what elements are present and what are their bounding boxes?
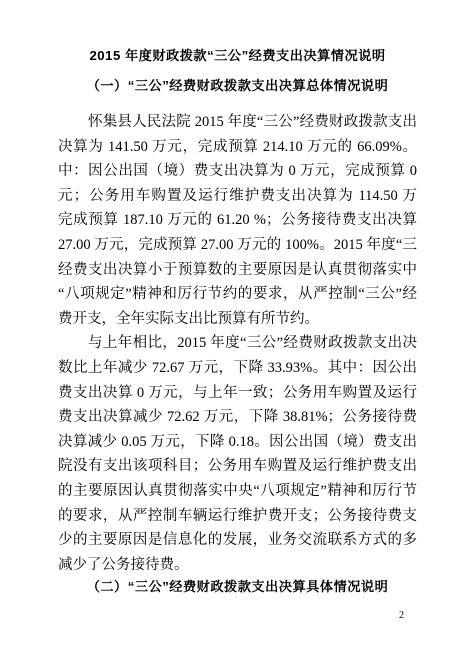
body-line: 的主要原因认真贯彻落实中央“八项规定”精神和厉行节约 bbox=[58, 479, 417, 504]
paragraph-1: 怀集县人民法院 2015 年度“三公”经费财政拨款支出 决算为 141.50 万… bbox=[58, 110, 417, 331]
body-line: 27.00 万元，完成预算 27.00 万元的 100%。2015 年度“三公” bbox=[58, 233, 417, 258]
body-line: 中：因公出国（境）费支出决算为 0 万元，完成预算 0 万 bbox=[58, 159, 417, 184]
body-line: 完成预算 187.10 万元的 61.20 %；公务接待费支出决算为 bbox=[58, 208, 417, 233]
body-line: 少的主要原因是信息化的发展，业务交流联系方式的多元化 bbox=[58, 528, 417, 553]
body-line: 院没有支出该项科目；公务用车购置及运行维护费支出减少 bbox=[58, 454, 417, 479]
body-line: 经费支出决算小于预算数的主要原因是认真贯彻落实中央 bbox=[58, 258, 417, 283]
document-title: 2015 年度财政拨款“三公”经费支出决算情况说明 bbox=[58, 46, 417, 65]
body-line: 怀集县人民法院 2015 年度“三公”经费财政拨款支出 bbox=[58, 110, 417, 135]
body-line: 费开支，全年实际支出比预算有所节约。 bbox=[58, 307, 417, 332]
body-line: 费支出决算 0 万元，与上年一致；公务用车购置及运行维护 bbox=[58, 381, 417, 406]
body-line: 元；公务用车购置及运行维护费支出决算为 114.50 万元， bbox=[58, 184, 417, 209]
body-line: 减少了公务接待费。 bbox=[58, 553, 417, 578]
page-number: 2 bbox=[399, 610, 404, 622]
document-content: 2015 年度财政拨款“三公”经费支出决算情况说明 （一）“三公”经费财政拨款支… bbox=[0, 0, 475, 596]
body-line: 决算减少 0.05 万元，下降 0.18。因公出国（境）费支出我 bbox=[58, 430, 417, 455]
body-line: “八项规定”精神和厉行节约的要求，从严控制“三公”经 bbox=[58, 282, 417, 307]
body-line: 的要求，从严控制车辆运行维护费开支；公务接待费支出减 bbox=[58, 504, 417, 529]
paragraph-2: 与上年相比，2015 年度“三公”经费财政拨款支出决算 数比上年减少 72.67… bbox=[58, 331, 417, 577]
body-line: 决算为 141.50 万元，完成预算 214.10 万元的 66.09%。其 bbox=[58, 135, 417, 160]
body-line: 费支出决算减少 72.62 万元，下降 38.81%；公务接待费支出 bbox=[58, 405, 417, 430]
section-heading-2: （二）“三公”经费财政拨款支出决算具体情况说明 bbox=[58, 577, 417, 596]
section-heading-1: （一）“三公”经费财政拨款支出决算总体情况说明 bbox=[58, 76, 417, 95]
document-page: 2015 年度财政拨款“三公”经费支出决算情况说明 （一）“三公”经费财政拨款支… bbox=[0, 0, 475, 663]
body-line: 数比上年减少 72.67 万元，下降 33.93%。其中：因公出国（境） bbox=[58, 356, 417, 381]
body-line: 与上年相比，2015 年度“三公”经费财政拨款支出决算 bbox=[58, 331, 417, 356]
